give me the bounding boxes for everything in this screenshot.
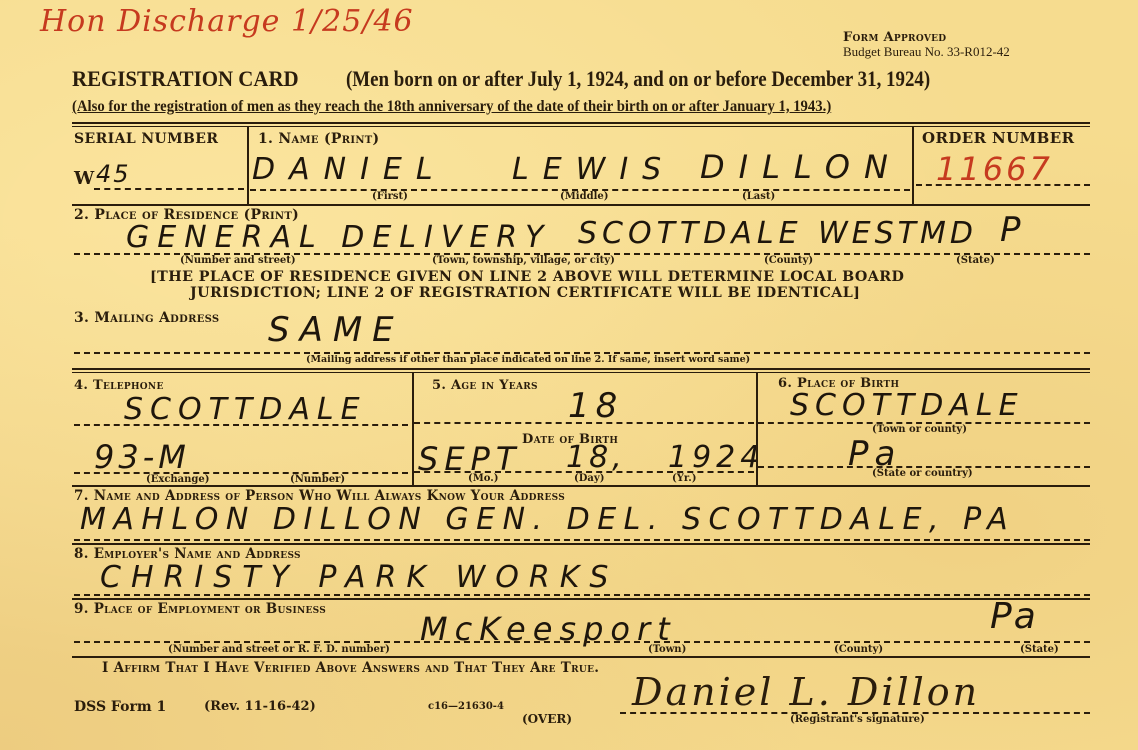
page-title: REGISTRATION CARD bbox=[72, 66, 299, 92]
town-caption: (Town, township, village, or city) bbox=[432, 255, 615, 266]
age-value: 18 bbox=[568, 386, 623, 426]
telephone-label: 4. Telephone bbox=[74, 378, 164, 393]
telephone-number-value: 93-M bbox=[94, 438, 190, 476]
exchange-caption: (Exchange) bbox=[146, 474, 210, 485]
registrant-signature: Daniel L. Dillon bbox=[632, 670, 980, 714]
birth-day-value: 18, bbox=[566, 440, 626, 475]
month-caption: (Mo.) bbox=[468, 473, 499, 484]
mailing-address-value: Same bbox=[268, 310, 404, 350]
name-label: 1. Name (Print) bbox=[258, 131, 379, 147]
residence-state-value: P bbox=[1000, 210, 1035, 250]
form-id: DSS Form 1 bbox=[74, 699, 166, 715]
residence-notice-line2: JURISDICTION; LINE 2 OF REGISTRATION CER… bbox=[190, 285, 860, 301]
contact-person-value: Mahlon Dillon Gen. Del. Scottdale, Pa bbox=[80, 502, 1015, 537]
order-number-label: ORDER NUMBER bbox=[922, 129, 1074, 147]
affirmation-text: I Affirm That I Have Verified Above Answ… bbox=[102, 660, 599, 676]
serial-number-value: 45 bbox=[96, 160, 131, 188]
number-caption: (Number) bbox=[290, 474, 345, 485]
mailing-caption: (Mailing address if other than place ind… bbox=[306, 354, 750, 365]
residence-town-value: Scottdale bbox=[578, 216, 803, 251]
form-approved-label: Form Approved bbox=[843, 30, 946, 45]
employment-town-caption: (Town) bbox=[648, 644, 686, 655]
residence-street-value: General Delivery bbox=[126, 220, 551, 255]
last-caption: (Last) bbox=[742, 191, 775, 202]
employment-county-caption: (County) bbox=[834, 644, 883, 655]
street-caption: (Number and street) bbox=[180, 255, 296, 266]
employment-state-value: Pa bbox=[990, 596, 1038, 637]
birthplace-town-value: Scottdale bbox=[790, 388, 1024, 423]
budget-bureau-number: Budget Bureau No. 33-R012-42 bbox=[843, 44, 1010, 60]
employment-street-caption: (Number and street or R. F. D. number) bbox=[168, 644, 390, 655]
serial-prefix: W bbox=[74, 168, 94, 189]
first-name-value: Daniel bbox=[252, 152, 447, 187]
employer-value: Christy Park Works bbox=[100, 560, 618, 595]
mailing-address-label: 3. Mailing Address bbox=[74, 310, 219, 326]
first-caption: (First) bbox=[372, 191, 408, 202]
state-caption: (State) bbox=[956, 255, 995, 266]
print-code: c16—21630-4 bbox=[428, 701, 504, 712]
age-label: 5. Age in Years bbox=[432, 378, 538, 393]
birthplace-state-caption: (State or country) bbox=[872, 468, 973, 479]
year-caption: (Yr.) bbox=[672, 473, 696, 484]
employment-state-caption: (State) bbox=[1020, 644, 1059, 655]
day-caption: (Day) bbox=[574, 473, 604, 484]
signature-caption: (Registrant's signature) bbox=[790, 714, 925, 725]
middle-caption: (Middle) bbox=[560, 191, 608, 202]
residence-county-value: Westmd bbox=[818, 216, 977, 251]
serial-number-label: SERIAL NUMBER bbox=[74, 131, 218, 147]
residence-notice-line1: [THE PLACE OF RESIDENCE GIVEN ON LINE 2 … bbox=[150, 269, 904, 285]
county-caption: (County) bbox=[764, 255, 813, 266]
middle-name-value: Lewis bbox=[512, 152, 675, 187]
telephone-exchange-name: Scottdale bbox=[124, 392, 367, 427]
employment-place-label: 9. Place of Employment or Business bbox=[74, 601, 326, 617]
over-label: (OVER) bbox=[522, 712, 572, 726]
order-number-value: 11667 bbox=[936, 150, 1053, 188]
title-range: (Men born on or after July 1, 1924, and … bbox=[346, 66, 930, 92]
subtitle: (Also for the registration of men as the… bbox=[72, 98, 831, 116]
birth-year-value: 1924 bbox=[668, 440, 764, 475]
last-name-value: Dillon bbox=[700, 148, 902, 186]
discharge-annotation: Hon Discharge 1/25/46 bbox=[40, 4, 414, 39]
form-revision: (Rev. 11-16-42) bbox=[204, 699, 316, 714]
